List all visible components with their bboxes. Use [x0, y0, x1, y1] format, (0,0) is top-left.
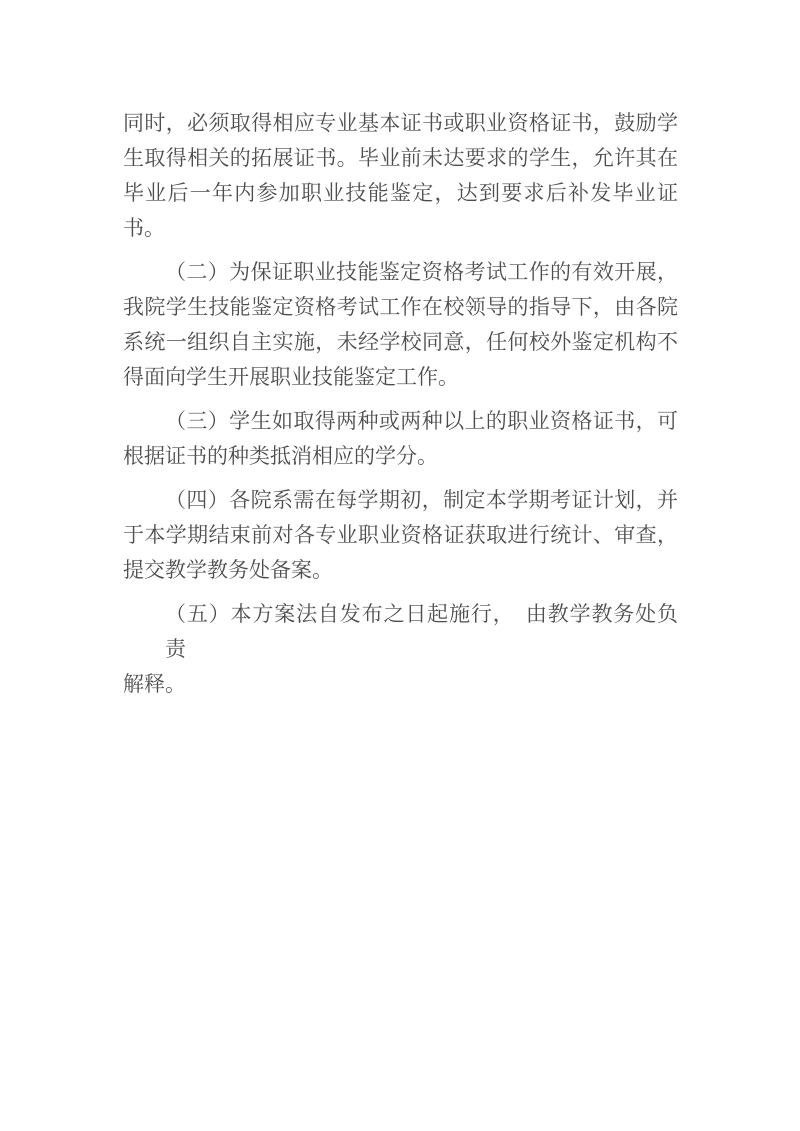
document-text: 同时，必须取得相应专业基本证书或职业资格证书，鼓励学生取得相关的拓展证书。毕业前… — [123, 106, 678, 711]
text-line: 生取得相关的拓展证书。毕业前未达要求的学生，允许其在 — [123, 141, 678, 176]
text-line: 于本学期结束前对各专业职业资格证获取进行统计、审查， — [123, 518, 678, 553]
paragraph-item-3: （三）学生如取得两种或两种以上的职业资格证书，可根据证书的种类抵消相应的学分。 — [123, 404, 678, 474]
text-line: 根据证书的种类抵消相应的学分。 — [123, 439, 678, 474]
text-line: 系统一组织自主实施，未经学校同意，任何校外鉴定机构不 — [123, 325, 678, 360]
text-line: 提交教学教务处备案。 — [123, 553, 678, 588]
text-line: 同时，必须取得相应专业基本证书或职业资格证书，鼓励学 — [123, 106, 678, 141]
text-line: 得面向学生开展职业技能鉴定工作。 — [123, 360, 678, 395]
paragraph-item-5: （五）本方案法自发布之日起施行， 由教学教务处负责解释。 — [123, 597, 678, 702]
text-line: （四）各院系需在每学期初，制定本学期考证计划，并 — [123, 483, 678, 518]
text-line: 解释。 — [123, 667, 678, 702]
text-line: 书。 — [123, 211, 678, 246]
text-line: 我院学生技能鉴定资格考试工作在校领导的指导下，由各院 — [123, 290, 678, 325]
paragraph-item-4: （四）各院系需在每学期初，制定本学期考证计划，并于本学期结束前对各专业职业资格证… — [123, 483, 678, 588]
text-line: （二）为保证职业技能鉴定资格考试工作的有效开展， — [123, 255, 678, 290]
paragraph-continuation-paragraph: 同时，必须取得相应专业基本证书或职业资格证书，鼓励学生取得相关的拓展证书。毕业前… — [123, 106, 678, 246]
text-line: 毕业后一年内参加职业技能鉴定，达到要求后补发毕业证 — [123, 176, 678, 211]
text-line: （三）学生如取得两种或两种以上的职业资格证书，可 — [123, 404, 678, 439]
text-line: （五）本方案法自发布之日起施行， 由教学教务处负责 — [123, 597, 678, 667]
document-page: 同时，必须取得相应专业基本证书或职业资格证书，鼓励学生取得相关的拓展证书。毕业前… — [0, 0, 800, 1131]
paragraph-item-2: （二）为保证职业技能鉴定资格考试工作的有效开展，我院学生技能鉴定资格考试工作在校… — [123, 255, 678, 395]
